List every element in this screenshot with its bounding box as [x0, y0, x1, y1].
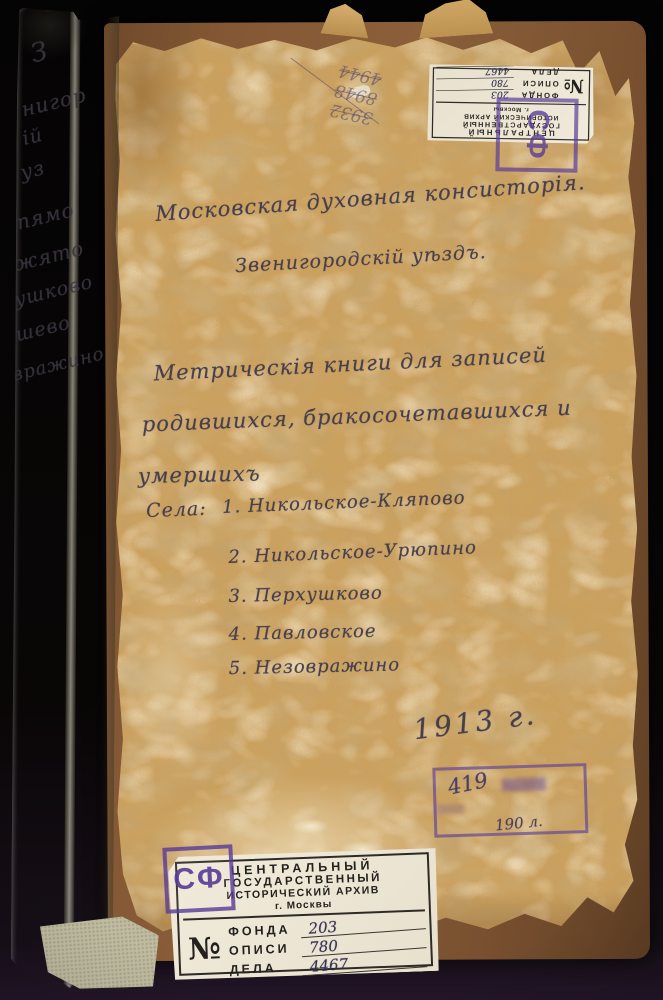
archive-label-fields: № ФОНДА203 ОПИСИ780 ДЕЛА4467 — [183, 909, 427, 978]
verification-number: 419 — [446, 768, 490, 800]
spine-handwriting: З нигор ій уз пямо жято ушково шево враж… — [17, 8, 119, 9]
frayed-thread — [27, 984, 32, 998]
numero-sign: № — [563, 75, 584, 97]
spine-text-fragment: шево — [13, 312, 72, 346]
village-item: 3. Перхушково — [228, 583, 383, 607]
photograph-of-archival-book-cover: З нигор ій уз пямо жято ушково шево враж… — [0, 0, 663, 1000]
verification-note: 190 л. — [494, 812, 543, 835]
field-value: 4467 — [436, 65, 514, 76]
field-label: ОПИСИ — [229, 941, 301, 958]
numero-sign: № — [188, 931, 222, 967]
sf-stamp: СФ — [162, 844, 235, 914]
spine-text-fragment: уз — [18, 155, 47, 184]
stamp-smudge — [502, 777, 546, 791]
field-value: 780 — [436, 77, 514, 88]
spine-ridge — [64, 8, 81, 988]
village-item: 5. Незовражино — [229, 654, 401, 679]
villages-heading: Села: — [146, 498, 207, 522]
field-label: ДЕЛА — [229, 960, 301, 977]
spine-text-fragment: пямо — [14, 197, 77, 234]
verification-stamp: 419 190 л. — [432, 763, 588, 838]
frayed-thread — [52, 980, 59, 998]
spine-text-fragment: ушково — [12, 271, 95, 311]
field-label: ФОНДА — [228, 922, 300, 939]
torn-paper-flap — [320, 2, 371, 39]
torn-paper-flap — [417, 0, 493, 39]
spine-text-fragment: вражино — [10, 343, 107, 386]
village-item: 4. Павловское — [228, 621, 376, 645]
book-spine: З нигор ій уз пямо жято ушково шево враж… — [11, 8, 120, 989]
sf-stamp: СФ — [495, 97, 578, 172]
field-label: ДЕЛА — [514, 67, 559, 76]
stamp-smudge — [434, 804, 464, 815]
field-label: ОПИСИ — [514, 79, 559, 88]
spine-text-fragment: ій — [20, 124, 45, 150]
register-line-3: умершихъ — [138, 461, 261, 488]
